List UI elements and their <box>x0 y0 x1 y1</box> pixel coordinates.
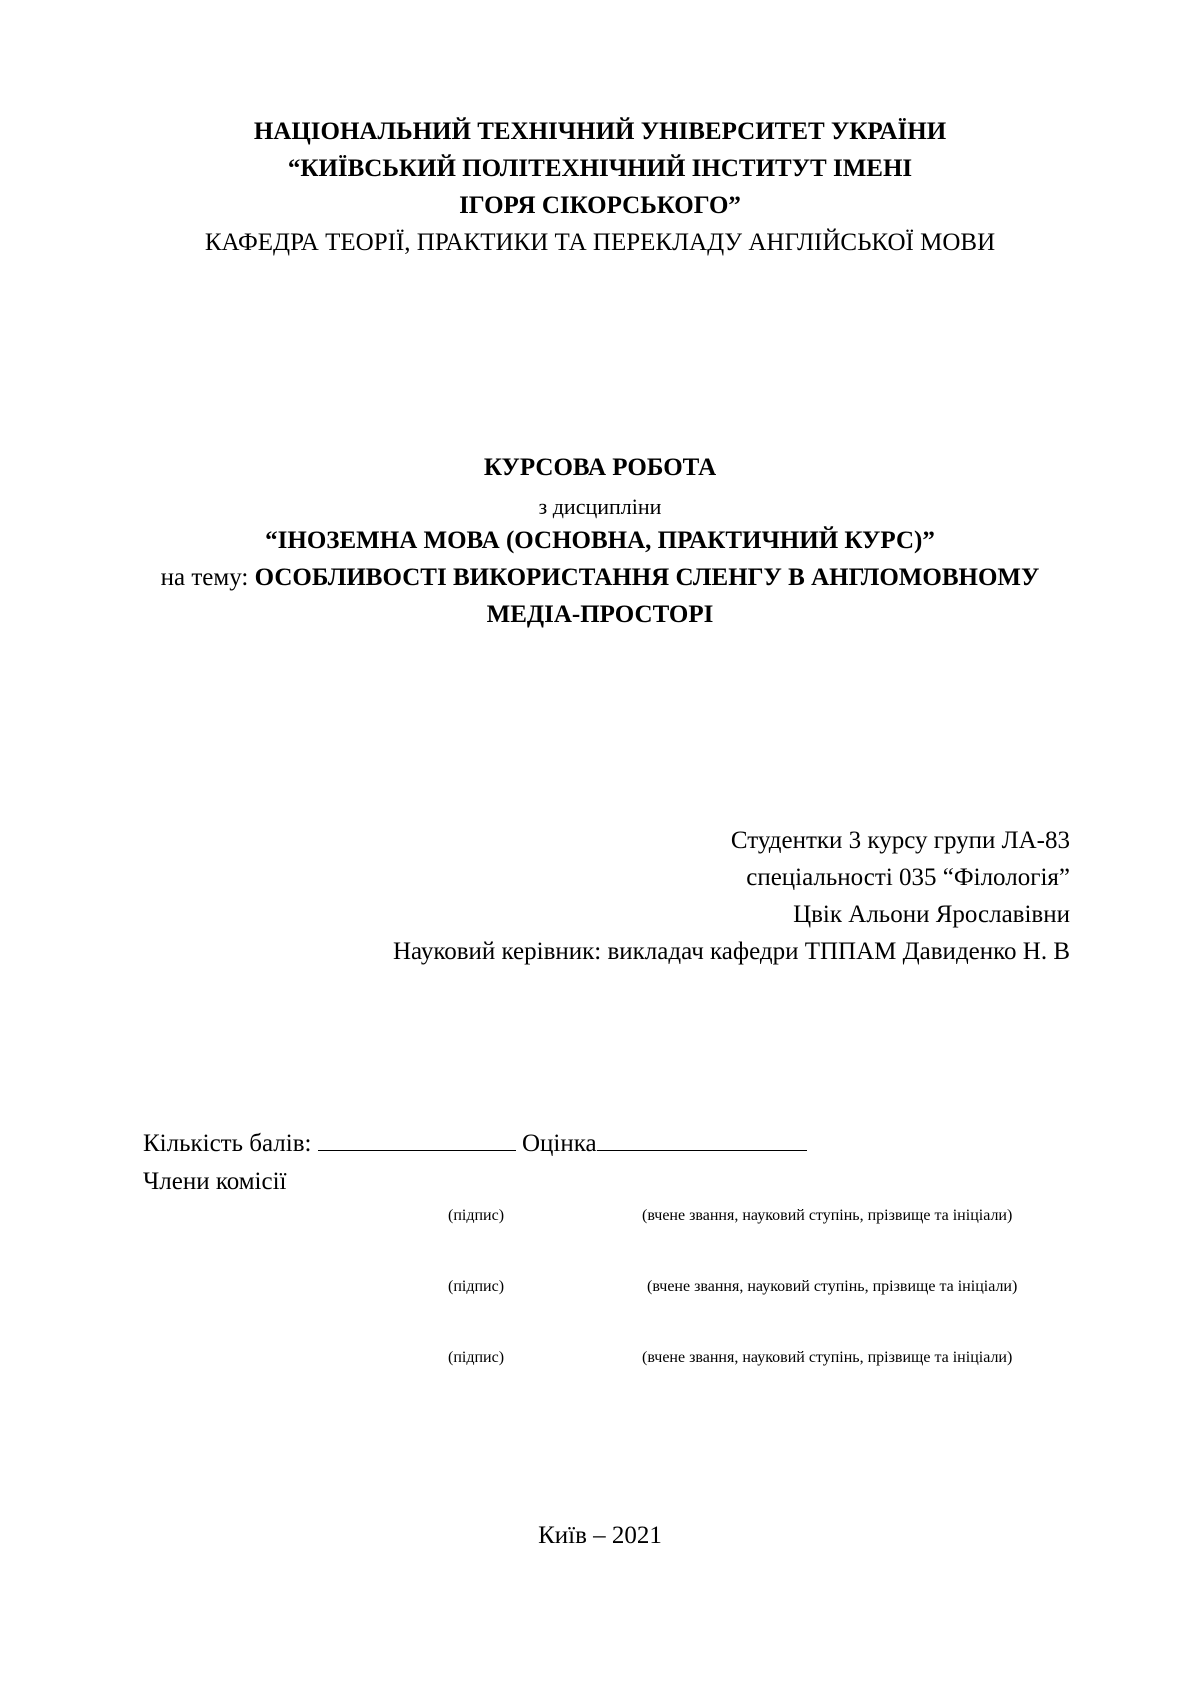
topic-line2: МЕДІА-ПРОСТОРІ <box>0 601 1200 629</box>
work-type: КУРСОВА РОБОТА <box>0 454 1200 482</box>
points-blank <box>318 1128 516 1151</box>
topic-prefix: на тему: <box>161 564 255 591</box>
grade-blank <box>597 1128 807 1151</box>
topic-line1: на тему: ОСОБЛИВОСТІ ВИКОРИСТАННЯ СЛЕНГУ… <box>0 564 1200 592</box>
signature-details-3: (вчене звання, науковий ступінь, прізвищ… <box>642 1349 1012 1367</box>
university-name-line3: ІГОРЯ СІКОРСЬКОГО” <box>0 192 1200 220</box>
university-name-line2: “КИЇВСЬКИЙ ПОЛІТЕХНІЧНИЙ ІНСТИТУТ ІМЕНІ <box>0 155 1200 183</box>
discipline-name: “ІНОЗЕМНА МОВА (ОСНОВНА, ПРАКТИЧНИЙ КУРС… <box>0 527 1200 555</box>
grade-label: Оцінка <box>516 1130 597 1157</box>
city-year: Київ – 2021 <box>0 1522 1200 1550</box>
grading-line: Кількість балів: Оцінка <box>143 1128 807 1158</box>
signature-label-2: (підпис) <box>448 1278 504 1296</box>
department-name: КАФЕДРА ТЕОРІЇ, ПРАКТИКИ ТА ПЕРЕКЛАДУ АН… <box>0 229 1200 257</box>
topic-text: ОСОБЛИВОСТІ ВИКОРИСТАННЯ СЛЕНГУ В АНГЛОМ… <box>255 564 1040 591</box>
points-label: Кількість балів: <box>143 1130 318 1157</box>
student-group: Студентки 3 курсу групи ЛА-83 <box>731 827 1070 855</box>
commission-label: Члени комісії <box>143 1168 286 1196</box>
supervisor: Науковий керівник: викладач кафедри ТППА… <box>393 938 1070 966</box>
signature-details-2: (вчене звання, науковий ступінь, прізвищ… <box>647 1278 1017 1296</box>
student-name: Цвік Альони Ярославівни <box>793 901 1070 929</box>
discipline-prefix: з дисципліни <box>0 494 1200 520</box>
signature-label-3: (підпис) <box>448 1349 504 1367</box>
university-name-line1: НАЦІОНАЛЬНИЙ ТЕХНІЧНИЙ УНІВЕРСИТЕТ УКРАЇ… <box>0 118 1200 146</box>
signature-label-1: (підпис) <box>448 1207 504 1225</box>
student-specialty: спеціальності 035 “Філологія” <box>746 864 1070 892</box>
signature-details-1: (вчене звання, науковий ступінь, прізвищ… <box>642 1207 1012 1225</box>
